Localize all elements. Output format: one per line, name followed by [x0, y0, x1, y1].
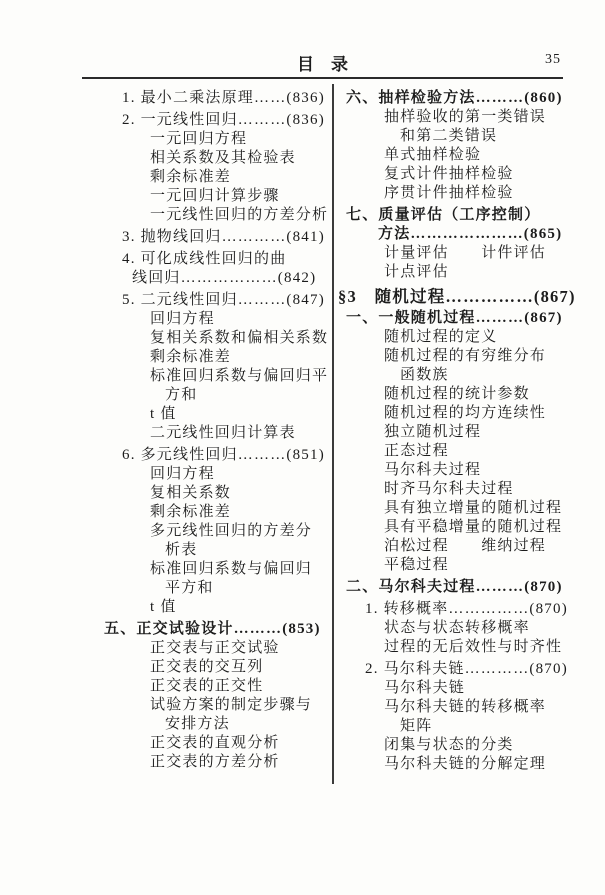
toc-right-column: 六、抽样检验方法………(860)抽样验收的第一类错误和第二类错误单式抽样检验复式… — [338, 89, 570, 774]
toc-line: 1. 最小二乘法原理……(836) — [122, 89, 332, 108]
toc-line: 二元线性回归计算表 — [150, 424, 332, 443]
toc-line: 具有平稳增量的随机过程 — [384, 518, 570, 537]
toc-page: 目 录 35 1. 最小二乘法原理……(836)2. 一元线性回归………(836… — [0, 0, 605, 895]
toc-line: 复式计件抽样检验 — [384, 165, 570, 184]
toc-line: 五、正交试验设计………(853) — [104, 620, 332, 639]
page-number: 35 — [545, 52, 561, 68]
toc-line: 闭集与状态的分类 — [384, 736, 570, 755]
toc-line: 多元线性回归的方差分 — [150, 522, 332, 541]
toc-line: 正态过程 — [384, 442, 570, 461]
toc-line: 正交表的正交性 — [150, 677, 332, 696]
toc-line: 一元线性回归的方差分析 — [150, 206, 332, 225]
toc-line: 一元回归方程 — [150, 130, 332, 149]
toc-line: 状态与状态转移概率 — [384, 619, 570, 638]
toc-line: 4. 可化成线性回归的曲 — [122, 250, 332, 269]
toc-line: 马尔科夫链 — [384, 679, 570, 698]
toc-line: 回归方程 — [150, 465, 332, 484]
toc-line: 1. 转移概率……………(870) — [365, 600, 570, 619]
toc-line: 复相关系数 — [150, 484, 332, 503]
toc-line: 剩余标准差 — [150, 168, 332, 187]
toc-line: 复相关系数和偏相关系数 — [150, 329, 332, 348]
toc-line: 正交表与正交试验 — [150, 639, 332, 658]
toc-line: 标准回归系数与偏回归 — [150, 560, 332, 579]
toc-line: 试验方案的制定步骤与 — [150, 696, 332, 715]
toc-line: 平方和 — [165, 579, 332, 598]
toc-line: 和第二类错误 — [400, 127, 570, 146]
toc-line: 矩阵 — [400, 717, 570, 736]
toc-line: 剩余标准差 — [150, 348, 332, 367]
toc-line: 马尔科夫过程 — [384, 461, 570, 480]
toc-line: 马尔科夫链的转移概率 — [384, 698, 570, 717]
toc-line: 随机过程的均方连续性 — [384, 404, 570, 423]
toc-line: 2. 马尔科夫链…………(870) — [365, 660, 570, 679]
toc-line: 独立随机过程 — [384, 423, 570, 442]
toc-line: 马尔科夫链的分解定理 — [384, 755, 570, 774]
toc-line: 六、抽样检验方法………(860) — [346, 89, 570, 108]
toc-line: 时齐马尔科夫过程 — [384, 480, 570, 499]
toc-line: t 值 — [150, 405, 332, 424]
toc-line: 随机过程的定义 — [384, 328, 570, 347]
header-rule — [82, 77, 563, 79]
toc-line: 3. 抛物线回归…………(841) — [122, 228, 332, 247]
toc-line: 正交表的方差分析 — [150, 753, 332, 772]
toc-line: 过程的无后效性与时齐性 — [384, 638, 570, 657]
toc-line: 单式抽样检验 — [384, 146, 570, 165]
toc-line: 泊松过程 维纳过程 — [384, 537, 570, 556]
toc-line: 计点评估 — [384, 263, 570, 282]
toc-line: 6. 多元线性回归………(851) — [122, 446, 332, 465]
toc-left-column: 1. 最小二乘法原理……(836)2. 一元线性回归………(836)一元回归方程… — [88, 89, 332, 772]
page-header: 目 录 35 — [82, 50, 563, 74]
toc-line: 七、质量评估（工序控制） — [346, 206, 570, 225]
toc-line: 平稳过程 — [384, 556, 570, 575]
toc-line: 一、一般随机过程………(867) — [346, 309, 570, 328]
toc-line: 正交表的交互列 — [150, 658, 332, 677]
toc-line: 一元回归计算步骤 — [150, 187, 332, 206]
toc-line: 计量评估 计件评估 — [384, 244, 570, 263]
toc-line: 函数族 — [400, 366, 570, 385]
toc-line: 序贯计件抽样检验 — [384, 184, 570, 203]
toc-line: 具有独立增量的随机过程 — [384, 499, 570, 518]
toc-line: t 值 — [150, 598, 332, 617]
toc-line: 析表 — [165, 541, 332, 560]
page-title: 目 录 — [82, 50, 563, 75]
toc-line: 二、马尔科夫过程………(870) — [346, 578, 570, 597]
toc-line: 抽样验收的第一类错误 — [384, 108, 570, 127]
toc-line: 安排方法 — [165, 715, 332, 734]
toc-line: 剩余标准差 — [150, 503, 332, 522]
toc-line: 随机过程的有穷维分布 — [384, 347, 570, 366]
toc-line: 方法…………………(865) — [378, 225, 570, 244]
toc-line: 正交表的直观分析 — [150, 734, 332, 753]
toc-line: 随机过程的统计参数 — [384, 385, 570, 404]
toc-line: 方和 — [165, 386, 332, 405]
toc-line: 标准回归系数与偏回归平 — [150, 367, 332, 386]
toc-line: 线回归………………(842) — [132, 269, 332, 288]
column-divider-rule — [332, 84, 334, 784]
toc-line: 回归方程 — [150, 310, 332, 329]
toc-line: 5. 二元线性回归………(847) — [122, 291, 332, 310]
toc-line: 相关系数及其检验表 — [150, 149, 332, 168]
toc-line: §3 随机过程……………(867) — [338, 287, 570, 306]
toc-line: 2. 一元线性回归………(836) — [122, 111, 332, 130]
